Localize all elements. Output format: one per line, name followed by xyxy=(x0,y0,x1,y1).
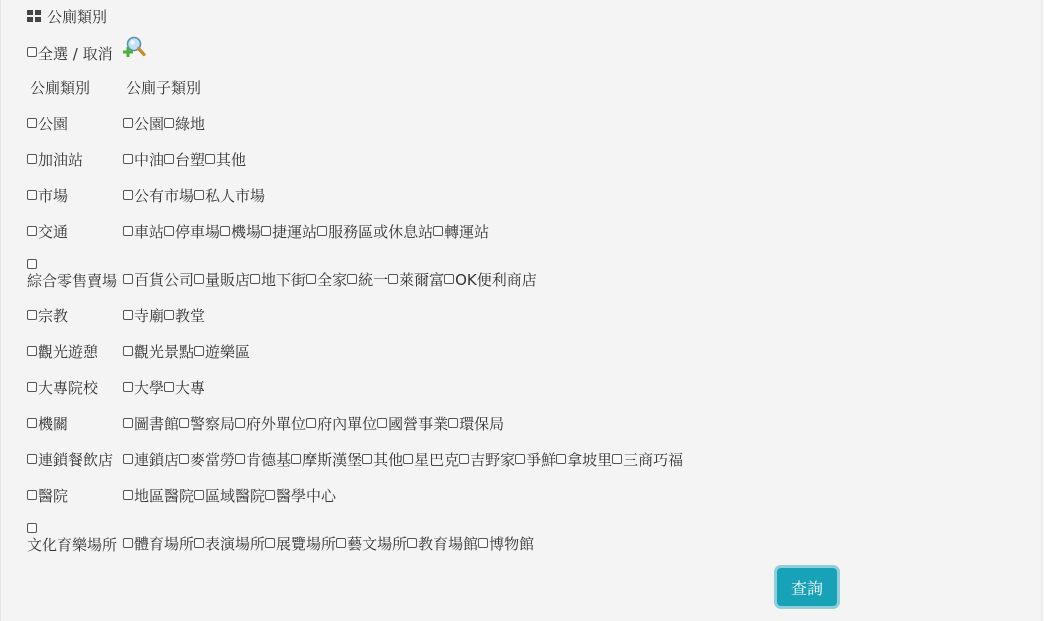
subcategory-label: 百貨公司 xyxy=(134,269,194,290)
category-checkbox[interactable] xyxy=(27,523,37,533)
subcategory-option[interactable]: 肯德基 xyxy=(235,449,291,470)
subcategory-label: 中油 xyxy=(134,149,164,170)
subcategory-option[interactable]: 藝文場所 xyxy=(336,533,407,554)
subcategory-option[interactable]: 統一 xyxy=(347,269,388,290)
category-cell: 公園 xyxy=(25,98,121,134)
subcategory-checkbox[interactable] xyxy=(123,310,133,320)
subcategory-checkbox[interactable] xyxy=(123,454,133,464)
subcategory-checkbox[interactable] xyxy=(123,118,133,128)
table-row: 綜合零售賣場百貨公司量販店地下街全家統一萊爾富OK便利商店 xyxy=(25,242,687,290)
category-cell: 交通 xyxy=(25,206,121,242)
table-row: 文化育樂場所體育場所表演場所展覽場所藝文場所教育場館博物館 xyxy=(25,506,687,554)
subcategory-checkbox[interactable] xyxy=(407,538,417,548)
toilet-category-panel: 公廁類別 全選 / 取消 公廁類別 公廁子類別 公園公園綠地加油站中油台塑其他市… xyxy=(0,0,1042,621)
subcategory-option[interactable]: 三商巧福 xyxy=(612,449,683,470)
subcategory-checkbox[interactable] xyxy=(123,346,133,356)
subcategory-checkbox[interactable] xyxy=(123,226,133,236)
subcategory-checkbox[interactable] xyxy=(220,226,230,236)
subcategory-checkbox[interactable] xyxy=(179,454,189,464)
subcategory-label: 醫學中心 xyxy=(276,485,336,506)
subcategory-cell: 公有市場私人市場 xyxy=(121,170,687,206)
subcategory-label: 國營事業 xyxy=(388,413,448,434)
subcategory-label: 車站 xyxy=(134,221,164,242)
subcategory-label: 環保局 xyxy=(459,413,504,434)
subcategory-label: 私人市場 xyxy=(205,185,265,206)
subcategory-cell: 車站停車場機場捷運站服務區或休息站轉運站 xyxy=(121,206,687,242)
table-row: 機關圖書館警察局府外單位府內單位國營事業環保局 xyxy=(25,398,687,434)
category-label: 宗教 xyxy=(38,305,68,326)
subcategory-label: 量販店 xyxy=(205,269,250,290)
subcategory-option[interactable]: 萊爾富 xyxy=(388,269,444,290)
subcategory-option[interactable]: 公有市場 xyxy=(123,185,194,206)
subcategory-option[interactable]: 車站 xyxy=(123,221,164,242)
table-row: 觀光遊憩觀光景點遊樂區 xyxy=(25,326,687,362)
subcategory-label: 地區醫院 xyxy=(134,485,194,506)
category-cell: 綜合零售賣場 xyxy=(25,242,121,290)
subcategory-label: 遊樂區 xyxy=(205,341,250,362)
subcategory-checkbox[interactable] xyxy=(265,490,275,500)
subcategory-cell: 體育場所表演場所展覽場所藝文場所教育場館博物館 xyxy=(121,506,687,554)
subcategory-label: 機場 xyxy=(231,221,261,242)
subcategory-checkbox[interactable] xyxy=(123,382,133,392)
subcategory-option[interactable]: 其他 xyxy=(205,149,246,170)
subcategory-option[interactable]: 警察局 xyxy=(179,413,235,434)
subcategory-checkbox[interactable] xyxy=(306,274,316,284)
subcategory-checkbox[interactable] xyxy=(515,454,525,464)
subcategory-cell: 公園綠地 xyxy=(121,98,687,134)
subcategory-checkbox[interactable] xyxy=(164,118,174,128)
category-cell: 宗教 xyxy=(25,290,121,326)
subcategory-option[interactable]: 機場 xyxy=(220,221,261,242)
subcategory-label: 全家 xyxy=(317,269,347,290)
subcategory-checkbox[interactable] xyxy=(164,154,174,164)
subcategory-label: 觀光景點 xyxy=(134,341,194,362)
subcategory-option[interactable]: 百貨公司 xyxy=(123,269,194,290)
subcategory-checkbox[interactable] xyxy=(336,538,346,548)
subcategory-option[interactable]: 醫學中心 xyxy=(265,485,336,506)
category-option[interactable]: 交通 xyxy=(27,221,68,242)
subcategory-checkbox[interactable] xyxy=(459,454,469,464)
subcategory-checkbox[interactable] xyxy=(235,454,245,464)
subcategory-option[interactable]: 寺廟 xyxy=(123,305,164,326)
category-cell: 醫院 xyxy=(25,470,121,506)
subcategory-option[interactable]: 大學 xyxy=(123,377,164,398)
table-row: 交通車站停車場機場捷運站服務區或休息站轉運站 xyxy=(25,206,687,242)
category-checkbox[interactable] xyxy=(27,310,37,320)
subcategory-option[interactable]: 教育場館 xyxy=(407,533,478,554)
subcategory-checkbox[interactable] xyxy=(433,226,443,236)
subcategory-label: 公園 xyxy=(134,113,164,134)
subcategory-label: 星巴克 xyxy=(414,449,459,470)
category-label: 觀光遊憩 xyxy=(38,341,98,362)
subcategory-checkbox[interactable] xyxy=(194,274,204,284)
subcategory-checkbox[interactable] xyxy=(123,190,133,200)
category-option[interactable]: 加油站 xyxy=(27,149,83,170)
subcategory-label: 大學 xyxy=(134,377,164,398)
subcategory-cell: 百貨公司量販店地下街全家統一萊爾富OK便利商店 xyxy=(121,242,687,290)
subcategory-option[interactable]: 公園 xyxy=(123,113,164,134)
subcategory-label: 轉運站 xyxy=(444,221,489,242)
subcategory-label: 台塑 xyxy=(175,149,205,170)
subcategory-checkbox[interactable] xyxy=(194,190,204,200)
category-option[interactable]: 醫院 xyxy=(27,485,68,506)
subcategory-label: OK便利商店 xyxy=(455,269,537,290)
subcategory-option[interactable]: 星巴克 xyxy=(403,449,459,470)
category-checkbox[interactable] xyxy=(27,490,37,500)
subcategory-option[interactable]: 私人市場 xyxy=(194,185,265,206)
subcategory-checkbox[interactable] xyxy=(194,490,204,500)
subcategory-label: 三商巧福 xyxy=(623,449,683,470)
subcategory-label: 寺廟 xyxy=(134,305,164,326)
category-label: 機關 xyxy=(38,413,68,434)
subcategory-option[interactable]: 國營事業 xyxy=(377,413,448,434)
category-option[interactable]: 大專院校 xyxy=(27,377,98,398)
subcategory-checkbox[interactable] xyxy=(123,418,133,428)
category-cell: 機關 xyxy=(25,398,121,434)
subcategory-label: 服務區或休息站 xyxy=(328,221,433,242)
subcategory-checkbox[interactable] xyxy=(612,454,622,464)
subcategory-label: 摩斯漢堡 xyxy=(302,449,362,470)
subcategory-option[interactable]: 教堂 xyxy=(164,305,205,326)
subcategory-checkbox[interactable] xyxy=(194,346,204,356)
category-label: 醫院 xyxy=(38,485,68,506)
category-label: 連鎖餐飲店 xyxy=(38,449,113,470)
subcategory-checkbox[interactable] xyxy=(478,538,488,548)
subcategory-label: 麥當勞 xyxy=(190,449,235,470)
subcategory-option[interactable]: 圖書館 xyxy=(123,413,179,434)
subcategory-checkbox[interactable] xyxy=(347,274,357,284)
subcategory-option[interactable]: OK便利商店 xyxy=(444,269,537,290)
subcategory-option[interactable]: 爭鮮 xyxy=(515,449,556,470)
category-cell: 大專院校 xyxy=(25,362,121,398)
subcategory-option[interactable]: 地區醫院 xyxy=(123,485,194,506)
subcategory-label: 藝文場所 xyxy=(347,533,407,554)
subcategory-label: 圖書館 xyxy=(134,413,179,434)
subcategory-option[interactable]: 捷運站 xyxy=(261,221,317,242)
section-title: 公廁類別 xyxy=(47,6,107,27)
subcategory-label: 停車場 xyxy=(175,221,220,242)
subcategory-checkbox[interactable] xyxy=(306,418,316,428)
category-checkbox[interactable] xyxy=(27,118,37,128)
subcategory-label: 府內單位 xyxy=(317,413,377,434)
subcategory-cell: 觀光景點遊樂區 xyxy=(121,326,687,362)
subcategory-option[interactable]: 綠地 xyxy=(164,113,205,134)
subcategory-option[interactable]: 連鎖店 xyxy=(123,449,179,470)
category-checkbox[interactable] xyxy=(27,454,37,464)
subcategory-option[interactable]: 其他 xyxy=(362,449,403,470)
table-row: 大專院校大學大專 xyxy=(25,362,687,398)
subcategory-option[interactable]: 中油 xyxy=(123,149,164,170)
header-subcategory: 公廁子類別 xyxy=(121,76,687,98)
subcategory-checkbox[interactable] xyxy=(403,454,413,464)
section-header: 公廁類別 xyxy=(27,6,107,26)
subcategory-cell: 圖書館警察局府外單位府內單位國營事業環保局 xyxy=(121,398,687,434)
category-label: 文化育樂場所 xyxy=(27,536,117,554)
subcategory-label: 教育場館 xyxy=(418,533,478,554)
subcategory-option[interactable]: 大專 xyxy=(164,377,205,398)
subcategory-checkbox[interactable] xyxy=(362,454,372,464)
subcategory-cell: 大學大專 xyxy=(121,362,687,398)
subcategory-option[interactable]: 環保局 xyxy=(448,413,504,434)
subcategory-label: 捷運站 xyxy=(272,221,317,242)
category-cell: 連鎖餐飲店 xyxy=(25,434,121,470)
subcategory-label: 爭鮮 xyxy=(526,449,556,470)
subcategory-checkbox[interactable] xyxy=(317,226,327,236)
subcategory-label: 府外單位 xyxy=(246,413,306,434)
category-checkbox[interactable] xyxy=(27,382,37,392)
subcategory-option[interactable]: 區域醫院 xyxy=(194,485,265,506)
subcategory-option[interactable]: 博物館 xyxy=(478,533,534,554)
subcategory-label: 肯德基 xyxy=(246,449,291,470)
subcategory-option[interactable]: 拿坡里 xyxy=(556,449,612,470)
subcategory-option[interactable]: 展覽場所 xyxy=(265,533,336,554)
subcategory-option[interactable]: 表演場所 xyxy=(194,533,265,554)
grid-icon xyxy=(27,10,41,22)
category-option[interactable]: 連鎖餐飲店 xyxy=(27,449,113,470)
subcategory-label: 其他 xyxy=(373,449,403,470)
select-all-label: 全選 / 取消 xyxy=(38,43,113,64)
subcategory-cell: 連鎖店麥當勞肯德基摩斯漢堡其他星巴克吉野家爭鮮拿坡里三商巧福 xyxy=(121,434,687,470)
subcategory-option[interactable]: 停車場 xyxy=(164,221,220,242)
category-label: 交通 xyxy=(38,221,68,242)
subcategory-option[interactable]: 量販店 xyxy=(194,269,250,290)
subcategory-checkbox[interactable] xyxy=(123,538,133,548)
category-checkbox[interactable] xyxy=(27,259,37,269)
subcategory-cell: 寺廟教堂 xyxy=(121,290,687,326)
category-cell: 加油站 xyxy=(25,134,121,170)
category-checkbox[interactable] xyxy=(27,418,37,428)
category-label: 綜合零售賣場 xyxy=(27,272,117,290)
subcategory-checkbox[interactable] xyxy=(164,310,174,320)
subcategory-option[interactable]: 府內單位 xyxy=(306,413,377,434)
subcategory-label: 大專 xyxy=(175,377,205,398)
subcategory-option[interactable]: 台塑 xyxy=(164,149,205,170)
subcategory-checkbox[interactable] xyxy=(556,454,566,464)
subcategory-checkbox[interactable] xyxy=(179,418,189,428)
subcategory-label: 表演場所 xyxy=(205,533,265,554)
query-button[interactable]: 查詢 xyxy=(777,568,837,606)
subcategory-option[interactable]: 遊樂區 xyxy=(194,341,250,362)
subcategory-option[interactable]: 地下街 xyxy=(250,269,306,290)
subcategory-label: 公有市場 xyxy=(134,185,194,206)
subcategory-checkbox[interactable] xyxy=(123,490,133,500)
subcategory-label: 博物館 xyxy=(489,533,534,554)
subcategory-checkbox[interactable] xyxy=(164,382,174,392)
table-row: 加油站中油台塑其他 xyxy=(25,134,687,170)
subcategory-option[interactable]: 觀光景點 xyxy=(123,341,194,362)
subcategory-label: 綠地 xyxy=(175,113,205,134)
subcategory-option[interactable]: 府外單位 xyxy=(235,413,306,434)
subcategory-option[interactable]: 摩斯漢堡 xyxy=(291,449,362,470)
subcategory-label: 其他 xyxy=(216,149,246,170)
table-row: 市場公有市場私人市場 xyxy=(25,170,687,206)
category-label: 大專院校 xyxy=(38,377,98,398)
header-category: 公廁類別 xyxy=(25,76,121,98)
subcategory-cell: 中油台塑其他 xyxy=(121,134,687,170)
subcategory-label: 拿坡里 xyxy=(567,449,612,470)
subcategory-checkbox[interactable] xyxy=(123,274,133,284)
category-option[interactable]: 宗教 xyxy=(27,305,68,326)
subcategory-label: 展覽場所 xyxy=(276,533,336,554)
subcategory-cell: 地區醫院區域醫院醫學中心 xyxy=(121,470,687,506)
select-all-checkbox[interactable] xyxy=(27,47,37,57)
subcategory-checkbox[interactable] xyxy=(444,274,454,284)
subcategory-label: 連鎖店 xyxy=(134,449,179,470)
category-option[interactable]: 觀光遊憩 xyxy=(27,341,98,362)
category-table: 公廁類別 公廁子類別 公園公園綠地加油站中油台塑其他市場公有市場私人市場交通車站… xyxy=(25,76,687,554)
category-option[interactable]: 公園 xyxy=(27,113,68,134)
subcategory-label: 地下街 xyxy=(261,269,306,290)
subcategory-label: 警察局 xyxy=(190,413,235,434)
subcategory-checkbox[interactable] xyxy=(448,418,458,428)
category-checkbox[interactable] xyxy=(27,346,37,356)
table-row: 連鎖餐飲店連鎖店麥當勞肯德基摩斯漢堡其他星巴克吉野家爭鮮拿坡里三商巧福 xyxy=(25,434,687,470)
subcategory-checkbox[interactable] xyxy=(164,226,174,236)
category-option[interactable]: 市場 xyxy=(27,185,68,206)
category-label: 公園 xyxy=(38,113,68,134)
table-row: 宗教寺廟教堂 xyxy=(25,290,687,326)
subcategory-label: 教堂 xyxy=(175,305,205,326)
subcategory-option[interactable]: 轉運站 xyxy=(433,221,489,242)
subcategory-option[interactable]: 麥當勞 xyxy=(179,449,235,470)
subcategory-checkbox[interactable] xyxy=(377,418,387,428)
category-checkbox[interactable] xyxy=(27,154,37,164)
subcategory-checkbox[interactable] xyxy=(265,538,275,548)
category-checkbox[interactable] xyxy=(27,190,37,200)
category-label: 市場 xyxy=(38,185,68,206)
category-cell: 觀光遊憩 xyxy=(25,326,121,362)
subcategory-checkbox[interactable] xyxy=(261,226,271,236)
subcategory-option[interactable]: 體育場所 xyxy=(123,533,194,554)
category-option[interactable]: 綜合零售賣場 xyxy=(27,260,117,290)
table-row: 醫院地區醫院區域醫院醫學中心 xyxy=(25,470,687,506)
subcategory-label: 萊爾富 xyxy=(399,269,444,290)
subcategory-label: 吉野家 xyxy=(470,449,515,470)
table-row: 公園公園綠地 xyxy=(25,98,687,134)
subcategory-checkbox[interactable] xyxy=(205,154,215,164)
category-option[interactable]: 機關 xyxy=(27,413,68,434)
subcategory-label: 區域醫院 xyxy=(205,485,265,506)
category-checkbox[interactable] xyxy=(27,226,37,236)
subcategory-option[interactable]: 服務區或休息站 xyxy=(317,221,433,242)
subcategory-option[interactable]: 全家 xyxy=(306,269,347,290)
subcategory-checkbox[interactable] xyxy=(123,154,133,164)
magnifier-plus-icon[interactable] xyxy=(122,35,146,63)
subcategory-checkbox[interactable] xyxy=(194,538,204,548)
category-cell: 市場 xyxy=(25,170,121,206)
select-all-toggle[interactable]: 全選 / 取消 xyxy=(27,38,146,68)
subcategory-checkbox[interactable] xyxy=(235,418,245,428)
category-label: 加油站 xyxy=(38,149,83,170)
category-cell: 文化育樂場所 xyxy=(25,506,121,554)
category-option[interactable]: 文化育樂場所 xyxy=(27,524,117,554)
subcategory-checkbox[interactable] xyxy=(388,274,398,284)
subcategory-checkbox[interactable] xyxy=(291,454,301,464)
subcategory-checkbox[interactable] xyxy=(250,274,260,284)
subcategory-label: 體育場所 xyxy=(134,533,194,554)
subcategory-option[interactable]: 吉野家 xyxy=(459,449,515,470)
subcategory-label: 統一 xyxy=(358,269,388,290)
